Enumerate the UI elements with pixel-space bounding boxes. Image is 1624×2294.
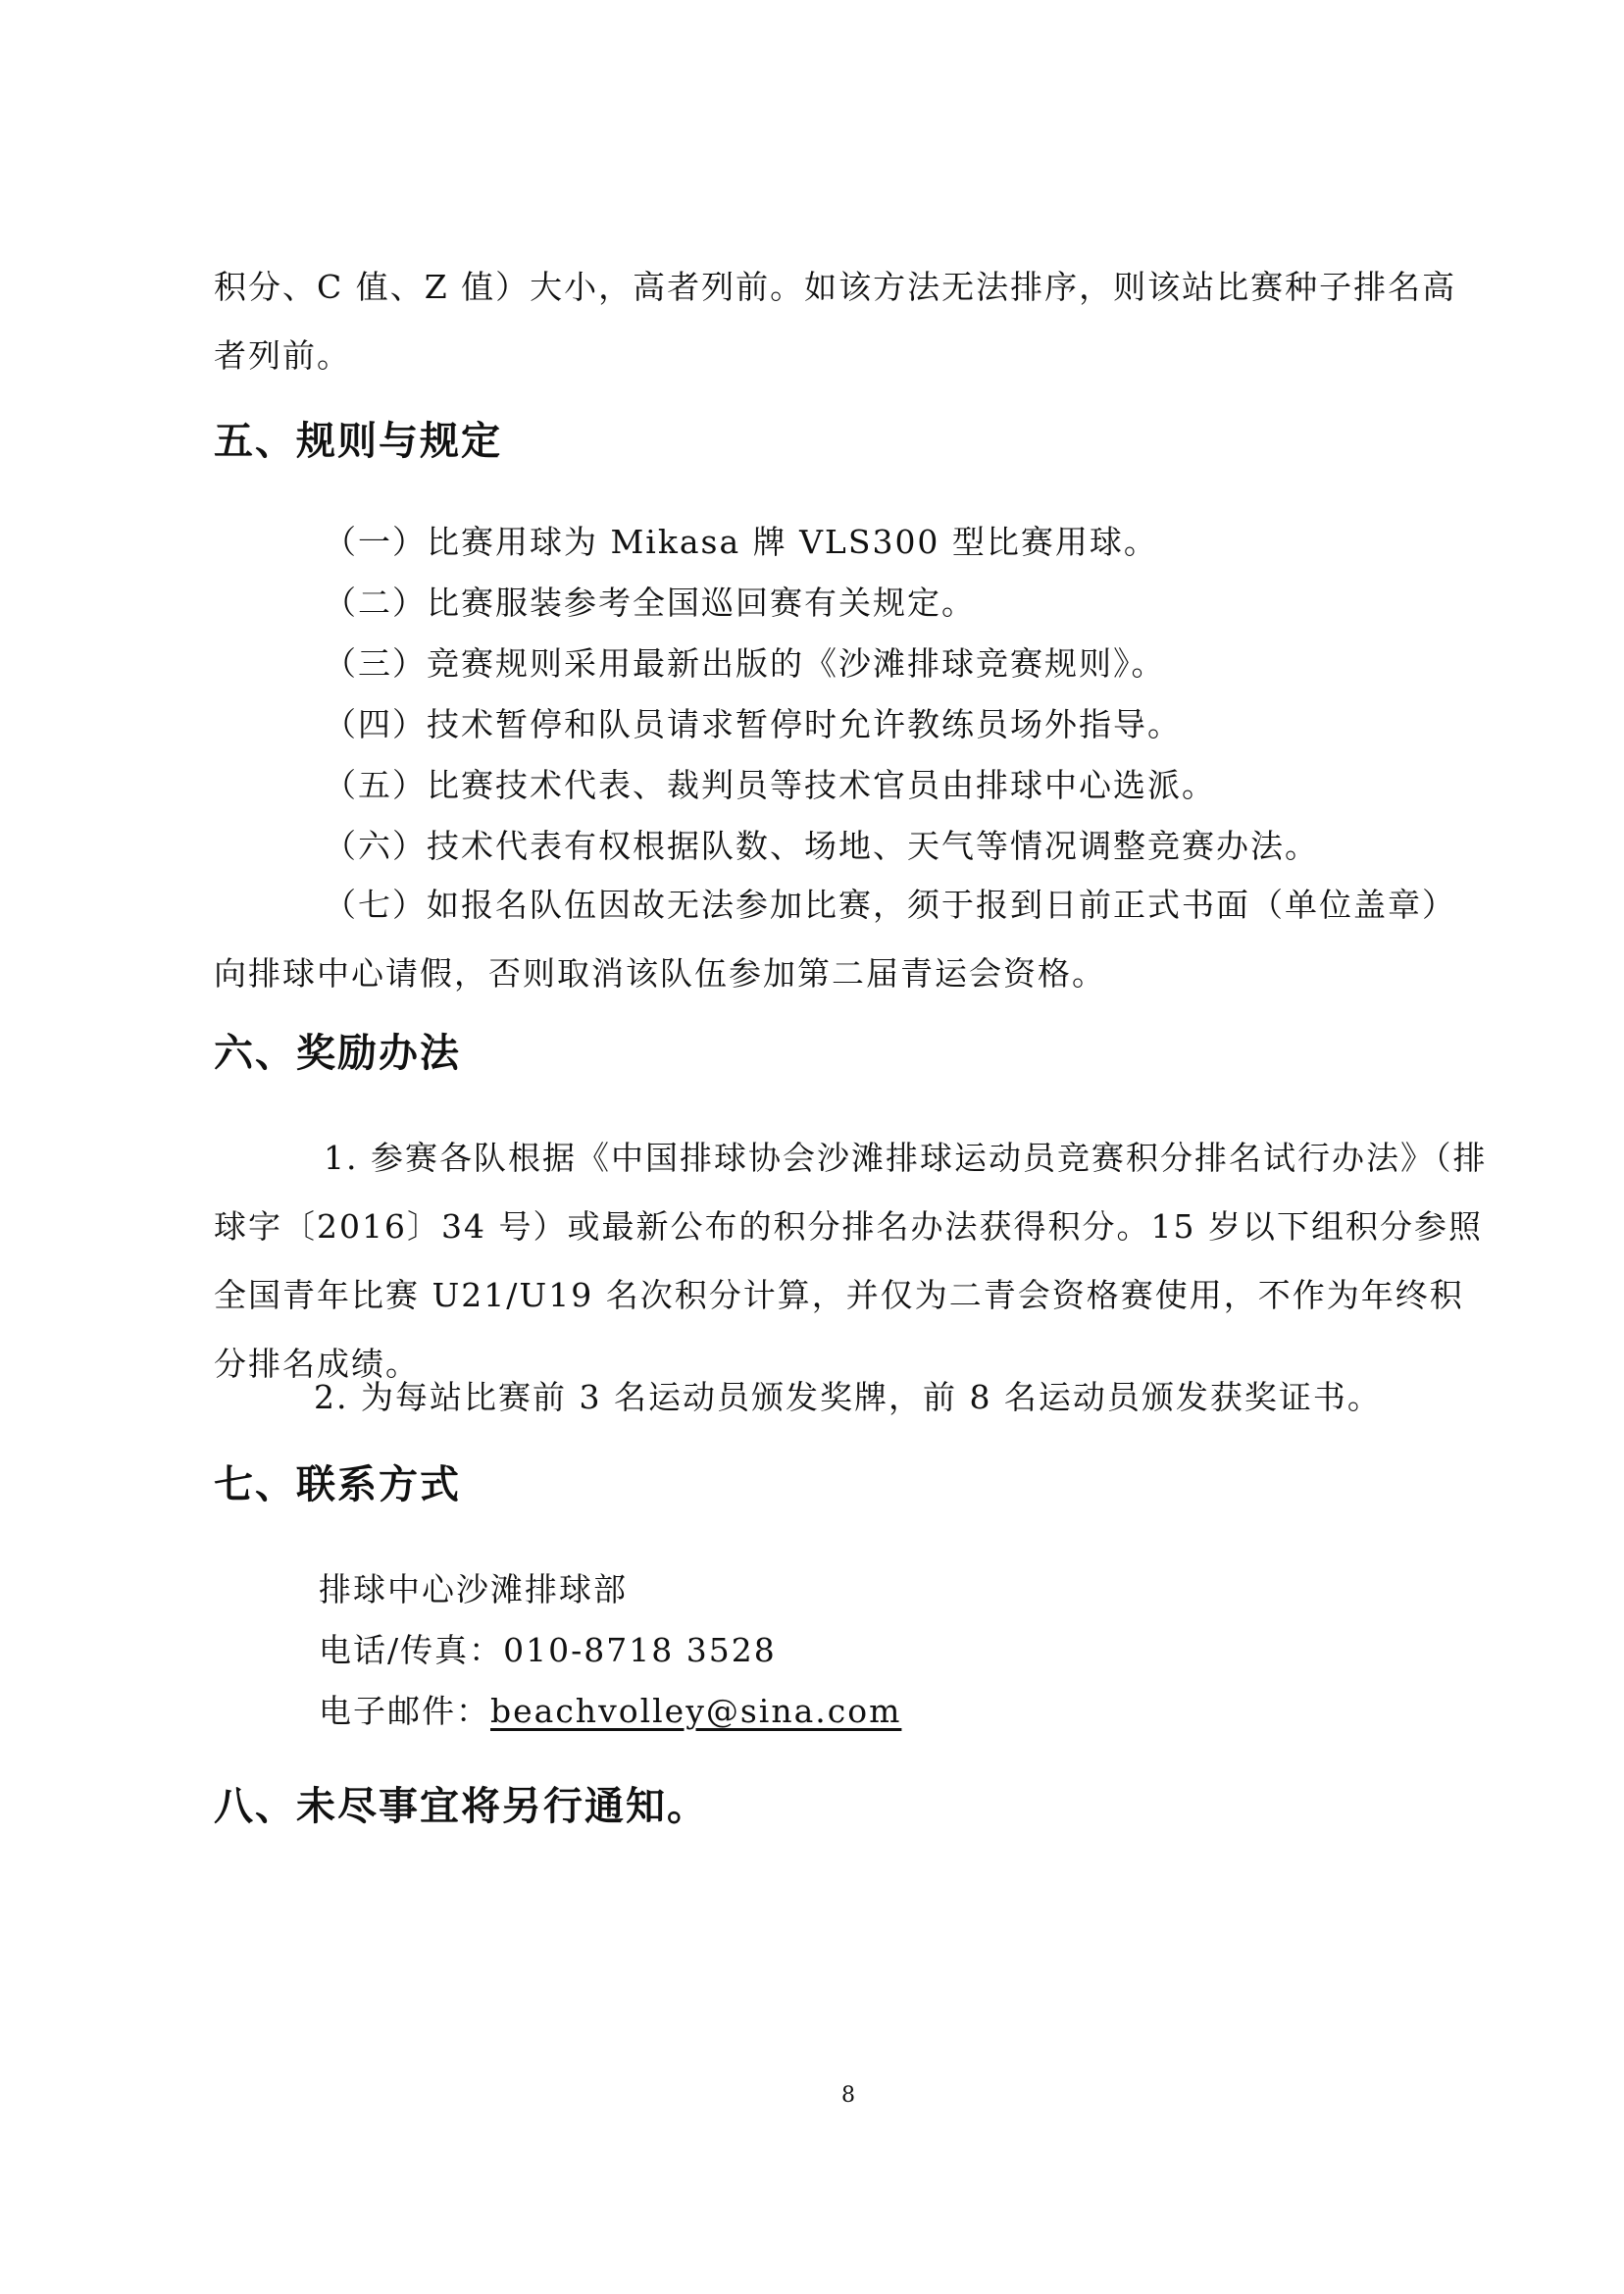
page-number: 8	[841, 2083, 855, 2108]
rule-item-6: （六）技术代表有权根据队数、场地、天气等情况调整竞赛办法。	[324, 816, 1491, 877]
document-page: 积分、C 值、Z 值）大小，高者列前。如该方法无法排序，则该站比赛种子排名高者列…	[0, 0, 1624, 2294]
reward-item-2: 2. 为每站比赛前 3 名运动员颁发奖牌，前 8 名运动员颁发获奖证书。	[314, 1367, 1481, 1428]
rule-item-2: （二）比赛服装参考全国巡回赛有关规定。	[324, 573, 1491, 634]
continuation-paragraph: 积分、C 值、Z 值）大小，高者列前。如该方法无法排序，则该站比赛种子排名高者列…	[214, 253, 1489, 390]
section-heading-rules: 五、规则与规定	[214, 412, 502, 471]
reward-item-1: 1. 参赛各队根据《中国排球协会沙滩排球运动员竞赛积分排名试行办法》（排球字〔2…	[214, 1124, 1489, 1399]
rule-item-3: （三）竞赛规则采用最新出版的《沙滩排球竞赛规则》。	[324, 634, 1491, 694]
rule-item-7: （七）如报名队伍因故无法参加比赛，须于报到日前正式书面（单位盖章）向排球中心请假…	[214, 871, 1489, 1008]
section-heading-closing: 八、未尽事宜将另行通知。	[214, 1777, 708, 1836]
section-heading-rewards: 六、奖励办法	[214, 1024, 461, 1083]
email-label: 电子邮件：	[319, 1692, 490, 1730]
rule-item-4: （四）技术暂停和队员请求暂停时允许教练员场外指导。	[324, 694, 1491, 755]
contact-email-line: 电子邮件：beachvolley@sina.com	[319, 1681, 901, 1742]
email-link[interactable]: beachvolley@sina.com	[490, 1692, 901, 1730]
phone-label: 电话/传真：	[319, 1631, 503, 1669]
contact-phone-line: 电话/传真：010-8718 3528	[319, 1620, 777, 1681]
section-heading-contact: 七、联系方式	[214, 1455, 461, 1514]
phone-value: 010-8718 3528	[503, 1631, 777, 1669]
rule-item-5: （五）比赛技术代表、裁判员等技术官员由排球中心选派。	[324, 755, 1491, 816]
contact-department: 排球中心沙滩排球部	[319, 1559, 628, 1620]
rule-item-1: （一）比赛用球为 Mikasa 牌 VLS300 型比赛用球。	[324, 512, 1491, 573]
